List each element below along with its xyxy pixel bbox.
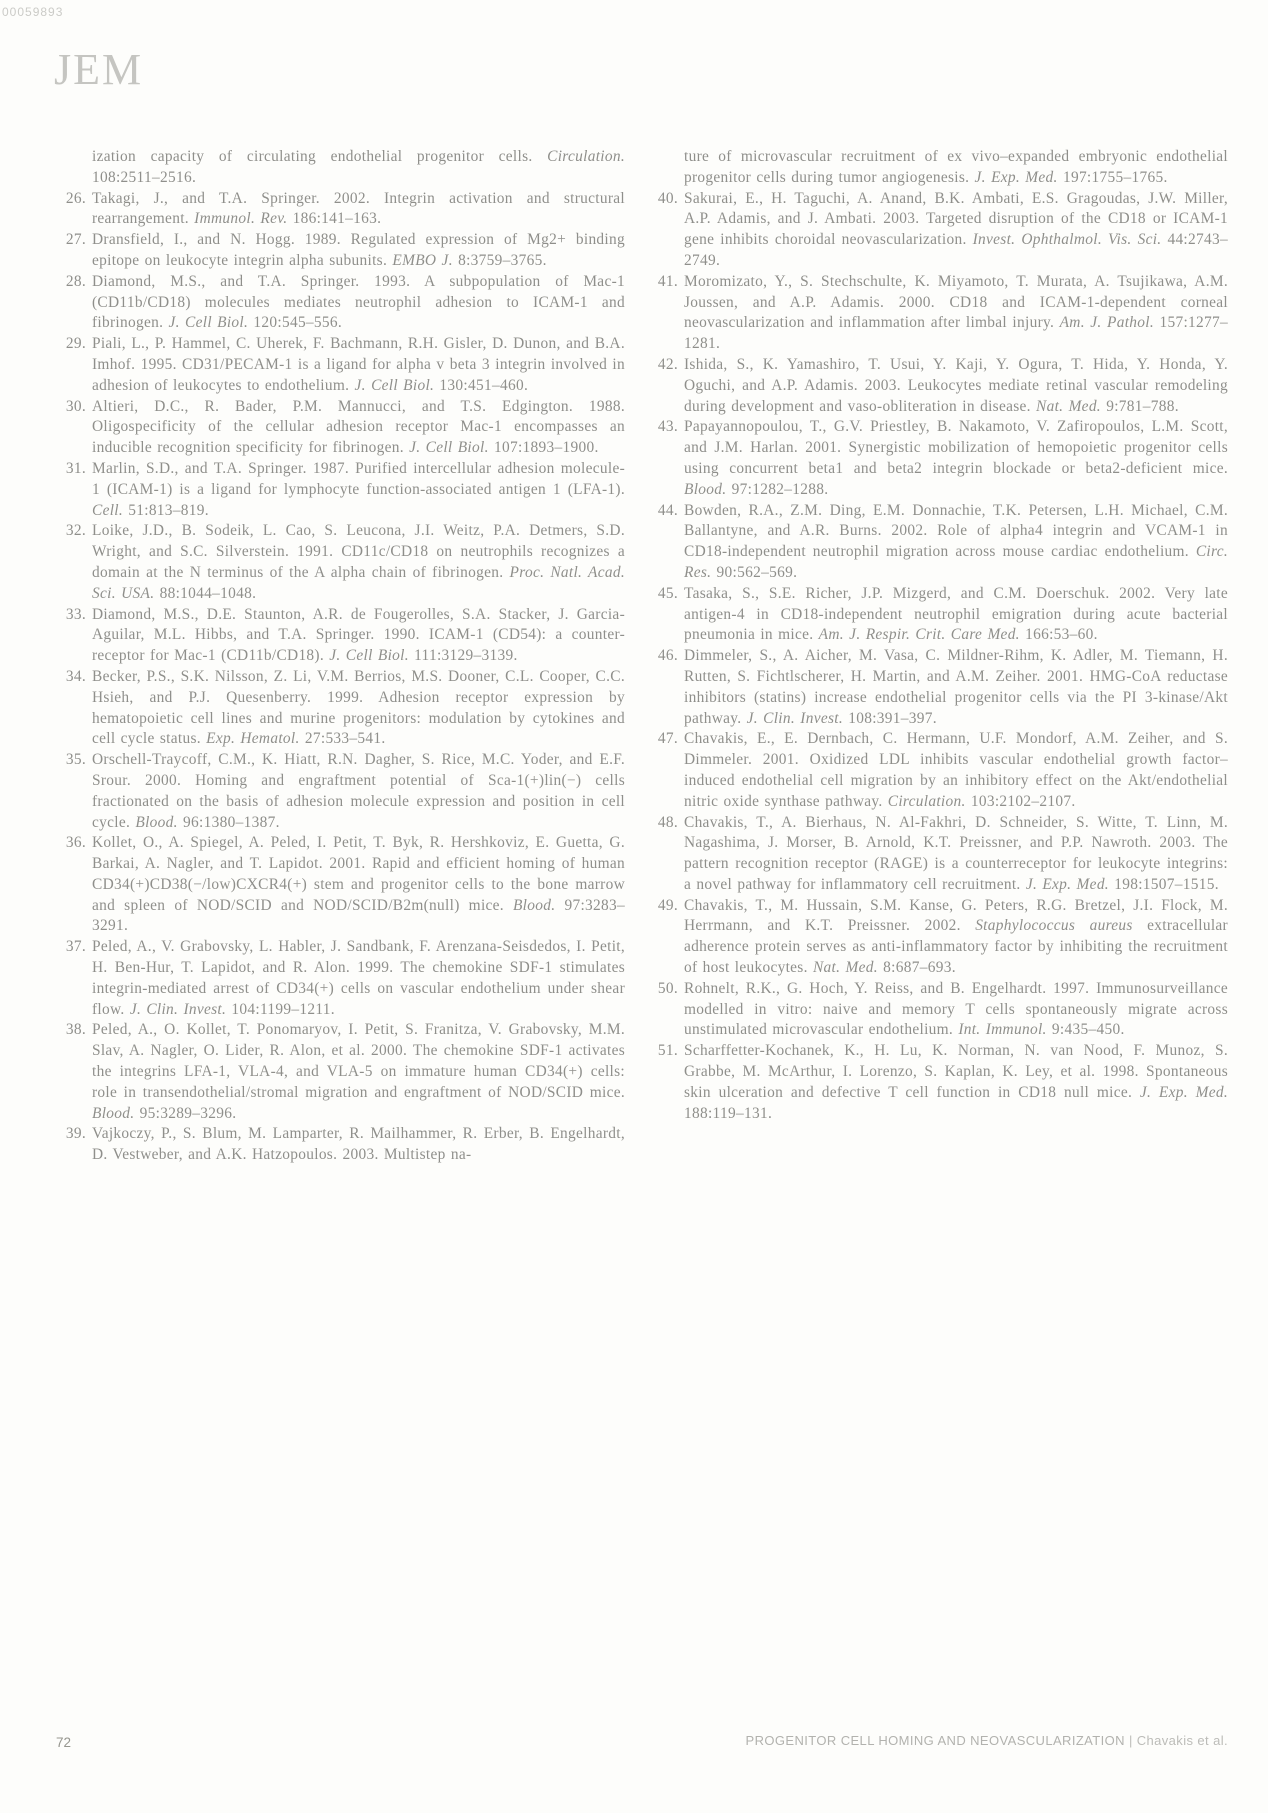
reference-body: Dimmeler, S., A. Aicher, M. Vasa, C. Mil… xyxy=(684,646,1228,729)
reference-body: Peled, A., V. Grabovsky, L. Habler, J. S… xyxy=(92,937,625,1020)
journal-name: J. Clin. Invest. xyxy=(130,1001,226,1018)
reference-body: Diamond, M.S., and T.A. Springer. 1993. … xyxy=(92,272,625,334)
reference-text: 198:1507–1515. xyxy=(1109,876,1219,893)
reference-item: 38.Peled, A., O. Kollet, T. Ponomaryov, … xyxy=(63,1020,625,1124)
reference-text: 107:1893–1900. xyxy=(489,439,599,456)
reference-body: Takagi, J., and T.A. Springer. 2002. Int… xyxy=(92,189,625,231)
reference-body: Altieri, D.C., R. Bader, P.M. Mannucci, … xyxy=(92,397,625,459)
reference-item: 39.Vajkoczy, P., S. Blum, M. Lamparter, … xyxy=(63,1124,625,1166)
reference-item: 32.Loike, J.D., B. Sodeik, L. Cao, S. Le… xyxy=(63,521,625,604)
reference-number: 50. xyxy=(655,979,684,1000)
reference-item: 36.Kollet, O., A. Spiegel, A. Peled, I. … xyxy=(63,833,625,937)
reference-text: 8:687–693. xyxy=(878,959,956,976)
journal-name: J. Cell Biol. xyxy=(169,314,249,331)
running-title-separator: | xyxy=(1125,1733,1137,1748)
reference-item: 47.Chavakis, E., E. Dernbach, C. Hermann… xyxy=(655,729,1228,812)
reference-body: Dransfield, I., and N. Hogg. 1989. Regul… xyxy=(92,230,625,272)
reference-body: Rohnelt, R.K., G. Hoch, Y. Reiss, and B.… xyxy=(684,979,1228,1041)
page-number: 72 xyxy=(56,1735,71,1750)
reference-number: 29. xyxy=(63,334,92,355)
reference-text: 103:2102–2107. xyxy=(966,793,1076,810)
reference-item: 41.Moromizato, Y., S. Stechschulte, K. M… xyxy=(655,272,1228,355)
journal-name: J. Cell Biol. xyxy=(409,439,489,456)
reference-text: Vajkoczy, P., S. Blum, M. Lamparter, R. … xyxy=(92,1125,625,1163)
reference-body: Diamond, M.S., D.E. Staunton, A.R. de Fo… xyxy=(92,605,625,667)
reference-carryover: ization capacity of circulating endothel… xyxy=(92,147,625,189)
journal-name: Circulation. xyxy=(888,793,966,810)
journal-name: Circulation. xyxy=(547,148,625,165)
reference-body: Piali, L., P. Hammel, C. Uherek, F. Bach… xyxy=(92,334,625,396)
reference-number: 34. xyxy=(63,667,92,688)
reference-body: Bowden, R.A., Z.M. Ding, E.M. Donnachie,… xyxy=(684,501,1228,584)
reference-text: 95:3289–3296. xyxy=(134,1105,236,1122)
reference-text: 111:3129–3139. xyxy=(409,647,518,664)
running-title-authors: Chavakis et al. xyxy=(1137,1733,1228,1748)
journal-name: J. Exp. Med. xyxy=(1026,876,1109,893)
reference-text: Papayannopoulou, T., G.V. Priestley, B. … xyxy=(684,418,1228,477)
reference-item: 33.Diamond, M.S., D.E. Staunton, A.R. de… xyxy=(63,605,625,667)
reference-item: 45.Tasaka, S., S.E. Richer, J.P. Mizgerd… xyxy=(655,584,1228,646)
journal-name: Nat. Med. xyxy=(1036,398,1101,415)
reference-body: Chavakis, T., M. Hussain, S.M. Kanse, G.… xyxy=(684,896,1228,979)
reference-text: Bowden, R.A., Z.M. Ding, E.M. Donnachie,… xyxy=(684,502,1228,561)
reference-item: 46.Dimmeler, S., A. Aicher, M. Vasa, C. … xyxy=(655,646,1228,729)
references-left-column: ization capacity of circulating endothel… xyxy=(63,147,625,1166)
reference-body: Vajkoczy, P., S. Blum, M. Lamparter, R. … xyxy=(92,1124,625,1166)
reference-item: 50.Rohnelt, R.K., G. Hoch, Y. Reiss, and… xyxy=(655,979,1228,1041)
reference-text: 51:813–819. xyxy=(123,502,209,519)
journal-name: Staphylococcus aureus xyxy=(975,917,1133,934)
reference-body: Moromizato, Y., S. Stechschulte, K. Miya… xyxy=(684,272,1228,355)
reference-text: 97:1282–1288. xyxy=(726,481,828,498)
reference-number: 45. xyxy=(655,584,684,605)
reference-text: 27:533–541. xyxy=(300,730,386,747)
reference-item: 42.Ishida, S., K. Yamashiro, T. Usui, Y.… xyxy=(655,355,1228,417)
reference-text: 96:1380–1387. xyxy=(178,814,280,831)
reference-item: 48.Chavakis, T., A. Bierhaus, N. Al-Fakh… xyxy=(655,813,1228,896)
scan-number: 00059893 xyxy=(2,5,63,19)
reference-number: 44. xyxy=(655,501,684,522)
reference-number: 35. xyxy=(63,750,92,771)
journal-name: J. Cell Biol. xyxy=(329,647,409,664)
journal-page: 00059893 JEM ization capacity of circula… xyxy=(0,0,1268,1813)
reference-number: 30. xyxy=(63,397,92,418)
journal-name: Nat. Med. xyxy=(813,959,878,976)
journal-name: J. Clin. Invest. xyxy=(747,710,843,727)
reference-text: 166:53–60. xyxy=(1020,626,1098,643)
journal-name: Int. Immunol. xyxy=(958,1021,1046,1038)
reference-item: 43.Papayannopoulou, T., G.V. Priestley, … xyxy=(655,417,1228,500)
journal-name: Cell. xyxy=(92,502,123,519)
reference-item: 49.Chavakis, T., M. Hussain, S.M. Kanse,… xyxy=(655,896,1228,979)
reference-body: Orschell-Traycoff, C.M., K. Hiatt, R.N. … xyxy=(92,750,625,833)
reference-body: Scharffetter-Kochanek, K., H. Lu, K. Nor… xyxy=(684,1041,1228,1124)
reference-number: 42. xyxy=(655,355,684,376)
reference-body: Chavakis, T., A. Bierhaus, N. Al-Fakhri,… xyxy=(684,813,1228,896)
reference-text: Rohnelt, R.K., G. Hoch, Y. Reiss, and B.… xyxy=(684,980,1228,1039)
journal-name: Invest. Ophthalmol. Vis. Sci. xyxy=(973,231,1162,248)
journal-name: Blood. xyxy=(135,814,177,831)
journal-name: J. Exp. Med. xyxy=(975,169,1058,186)
journal-name: Blood. xyxy=(92,1105,134,1122)
reference-number: 51. xyxy=(655,1041,684,1062)
reference-text: ization capacity of circulating endothel… xyxy=(92,148,547,165)
journal-name: J. Cell Biol. xyxy=(355,377,435,394)
reference-item: 34.Becker, P.S., S.K. Nilsson, Z. Li, V.… xyxy=(63,667,625,750)
reference-text: 9:435–450. xyxy=(1047,1021,1125,1038)
reference-body: Ishida, S., K. Yamashiro, T. Usui, Y. Ka… xyxy=(684,355,1228,417)
reference-body: Chavakis, E., E. Dernbach, C. Hermann, U… xyxy=(684,729,1228,812)
reference-carryover: ture of microvascular recruitment of ex … xyxy=(684,147,1228,189)
journal-name: Blood. xyxy=(684,481,726,498)
reference-item: 35.Orschell-Traycoff, C.M., K. Hiatt, R.… xyxy=(63,750,625,833)
reference-number: 38. xyxy=(63,1020,92,1041)
reference-text: 104:1199–1211. xyxy=(226,1001,335,1018)
running-title: PROGENITOR CELL HOMING AND NEOVASCULARIZ… xyxy=(746,1733,1228,1748)
reference-number: 47. xyxy=(655,729,684,750)
journal-name: Blood. xyxy=(513,897,555,914)
reference-text: 9:781–788. xyxy=(1101,398,1179,415)
reference-body: Papayannopoulou, T., G.V. Priestley, B. … xyxy=(684,417,1228,500)
reference-number: 41. xyxy=(655,272,684,293)
reference-text: Peled, A., O. Kollet, T. Ponomaryov, I. … xyxy=(92,1021,625,1100)
reference-number: 40. xyxy=(655,189,684,210)
reference-number: 26. xyxy=(63,189,92,210)
reference-number: 28. xyxy=(63,272,92,293)
journal-name: Immunol. Rev. xyxy=(194,210,287,227)
reference-body: Peled, A., O. Kollet, T. Ponomaryov, I. … xyxy=(92,1020,625,1124)
running-title-text: PROGENITOR CELL HOMING AND NEOVASCULARIZ… xyxy=(746,1733,1125,1748)
reference-body: Sakurai, E., H. Taguchi, A. Anand, B.K. … xyxy=(684,189,1228,272)
reference-text: Marlin, S.D., and T.A. Springer. 1987. P… xyxy=(92,460,625,498)
jem-logo: JEM xyxy=(54,44,143,95)
journal-name: EMBO J. xyxy=(392,252,452,269)
reference-item: 40.Sakurai, E., H. Taguchi, A. Anand, B.… xyxy=(655,189,1228,272)
reference-text: 90:562–569. xyxy=(711,564,797,581)
reference-number: 39. xyxy=(63,1124,92,1145)
reference-text: 88:1044–1048. xyxy=(154,585,256,602)
reference-number: 27. xyxy=(63,230,92,251)
reference-number: 33. xyxy=(63,605,92,626)
reference-text: 120:545–556. xyxy=(248,314,342,331)
reference-item: 37.Peled, A., V. Grabovsky, L. Habler, J… xyxy=(63,937,625,1020)
journal-name: J. Exp. Med. xyxy=(1140,1084,1228,1101)
reference-text: 130:451–460. xyxy=(434,377,528,394)
reference-number: 31. xyxy=(63,459,92,480)
reference-item: 30.Altieri, D.C., R. Bader, P.M. Mannucc… xyxy=(63,397,625,459)
reference-item: 26.Takagi, J., and T.A. Springer. 2002. … xyxy=(63,189,625,231)
reference-number: 32. xyxy=(63,521,92,542)
journal-name: Am. J. Respir. Crit. Care Med. xyxy=(819,626,1020,643)
reference-item: 51.Scharffetter-Kochanek, K., H. Lu, K. … xyxy=(655,1041,1228,1124)
reference-item: 31.Marlin, S.D., and T.A. Springer. 1987… xyxy=(63,459,625,521)
reference-item: 28.Diamond, M.S., and T.A. Springer. 199… xyxy=(63,272,625,334)
reference-body: Tasaka, S., S.E. Richer, J.P. Mizgerd, a… xyxy=(684,584,1228,646)
journal-name: Exp. Hematol. xyxy=(206,730,299,747)
reference-body: Kollet, O., A. Spiegel, A. Peled, I. Pet… xyxy=(92,833,625,937)
reference-item: 29.Piali, L., P. Hammel, C. Uherek, F. B… xyxy=(63,334,625,396)
reference-item: 44.Bowden, R.A., Z.M. Ding, E.M. Donnach… xyxy=(655,501,1228,584)
reference-text: 188:119–131. xyxy=(684,1105,772,1122)
references-right-column: ture of microvascular recruitment of ex … xyxy=(655,147,1228,1124)
reference-text: 8:3759–3765. xyxy=(453,252,547,269)
reference-number: 48. xyxy=(655,813,684,834)
reference-number: 46. xyxy=(655,646,684,667)
reference-text: 108:391–397. xyxy=(843,710,937,727)
reference-number: 43. xyxy=(655,417,684,438)
reference-number: 49. xyxy=(655,896,684,917)
reference-body: Marlin, S.D., and T.A. Springer. 1987. P… xyxy=(92,459,625,521)
reference-text: 197:1755–1765. xyxy=(1058,169,1168,186)
reference-text: 186:141–163. xyxy=(287,210,381,227)
reference-body: Loike, J.D., B. Sodeik, L. Cao, S. Leuco… xyxy=(92,521,625,604)
page-footer: 72 PROGENITOR CELL HOMING AND NEOVASCULA… xyxy=(0,1733,1268,1757)
reference-number: 37. xyxy=(63,937,92,958)
reference-item: 27.Dransfield, I., and N. Hogg. 1989. Re… xyxy=(63,230,625,272)
reference-number: 36. xyxy=(63,833,92,854)
reference-text: 108:2511–2516. xyxy=(92,169,196,186)
journal-name: Am. J. Pathol. xyxy=(1060,314,1154,331)
reference-body: Becker, P.S., S.K. Nilsson, Z. Li, V.M. … xyxy=(92,667,625,750)
